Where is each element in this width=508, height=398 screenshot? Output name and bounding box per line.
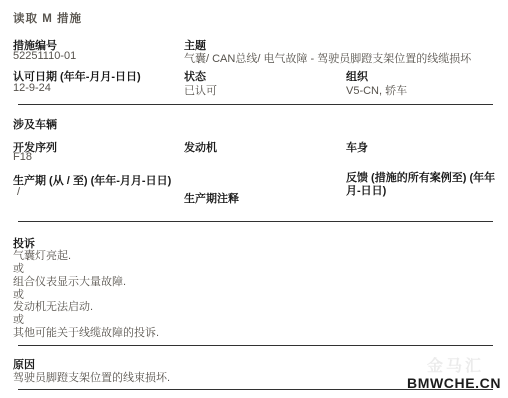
subject-value: 气囊/ CAN总线/ 电气故障 - 驾驶员脚蹬支架位置的线缆损坏 <box>184 50 471 66</box>
engine-label: 发动机 <box>184 139 217 155</box>
divider <box>18 104 493 105</box>
watermark-brand: BMWCHE.CN <box>407 375 501 391</box>
measure-number-value: 52251110-01 <box>13 50 76 62</box>
complaint-line: 发动机无法启动. <box>13 301 159 314</box>
divider <box>18 345 493 346</box>
complaint-line: 组合仪表显示大量故障. <box>13 276 159 289</box>
complaint-line: 气囊灯亮起. <box>13 250 159 263</box>
feedback-label: 反馈 (措施的所有案例至) (年年月-日日) <box>346 172 499 197</box>
approval-date-value: 12-9-24 <box>13 82 51 94</box>
complaint-line: 或 <box>13 263 159 276</box>
complaint-text-block: 气囊灯亮起. 或 组合仪表显示大量故障. 或 发动机无法启动. 或 其他可能关于… <box>13 250 159 340</box>
dev-series-value: F18 <box>13 151 32 163</box>
production-period-value: / <box>17 186 20 198</box>
section-affected-vehicles-heading: 涉及车辆 <box>13 116 57 132</box>
divider <box>18 221 493 222</box>
complaint-line: 或 <box>13 289 159 302</box>
watermark-faint-text: 金马汇 <box>427 353 484 376</box>
complaint-line: 其他可能关于线缆故障的投诉. <box>13 327 159 340</box>
page-title: 读取 M 措施 <box>13 10 82 26</box>
production-period-label: 生产期 (从 / 至) (年年-月月-日日) <box>13 172 171 188</box>
body-label: 车身 <box>346 139 368 155</box>
section-complaint-heading: 投诉 <box>13 235 35 251</box>
production-note-label: 生产期注释 <box>184 190 239 206</box>
organization-value: V5-CN, 轿车 <box>346 82 407 98</box>
cause-line: 驾驶员脚蹬支架位置的线束损坏. <box>13 369 170 385</box>
complaint-line: 或 <box>13 314 159 327</box>
measure-document-page: 读取 M 措施 措施编号 52251110-01 主题 气囊/ CAN总线/ 电… <box>0 0 508 398</box>
status-value: 已认可 <box>184 82 217 98</box>
